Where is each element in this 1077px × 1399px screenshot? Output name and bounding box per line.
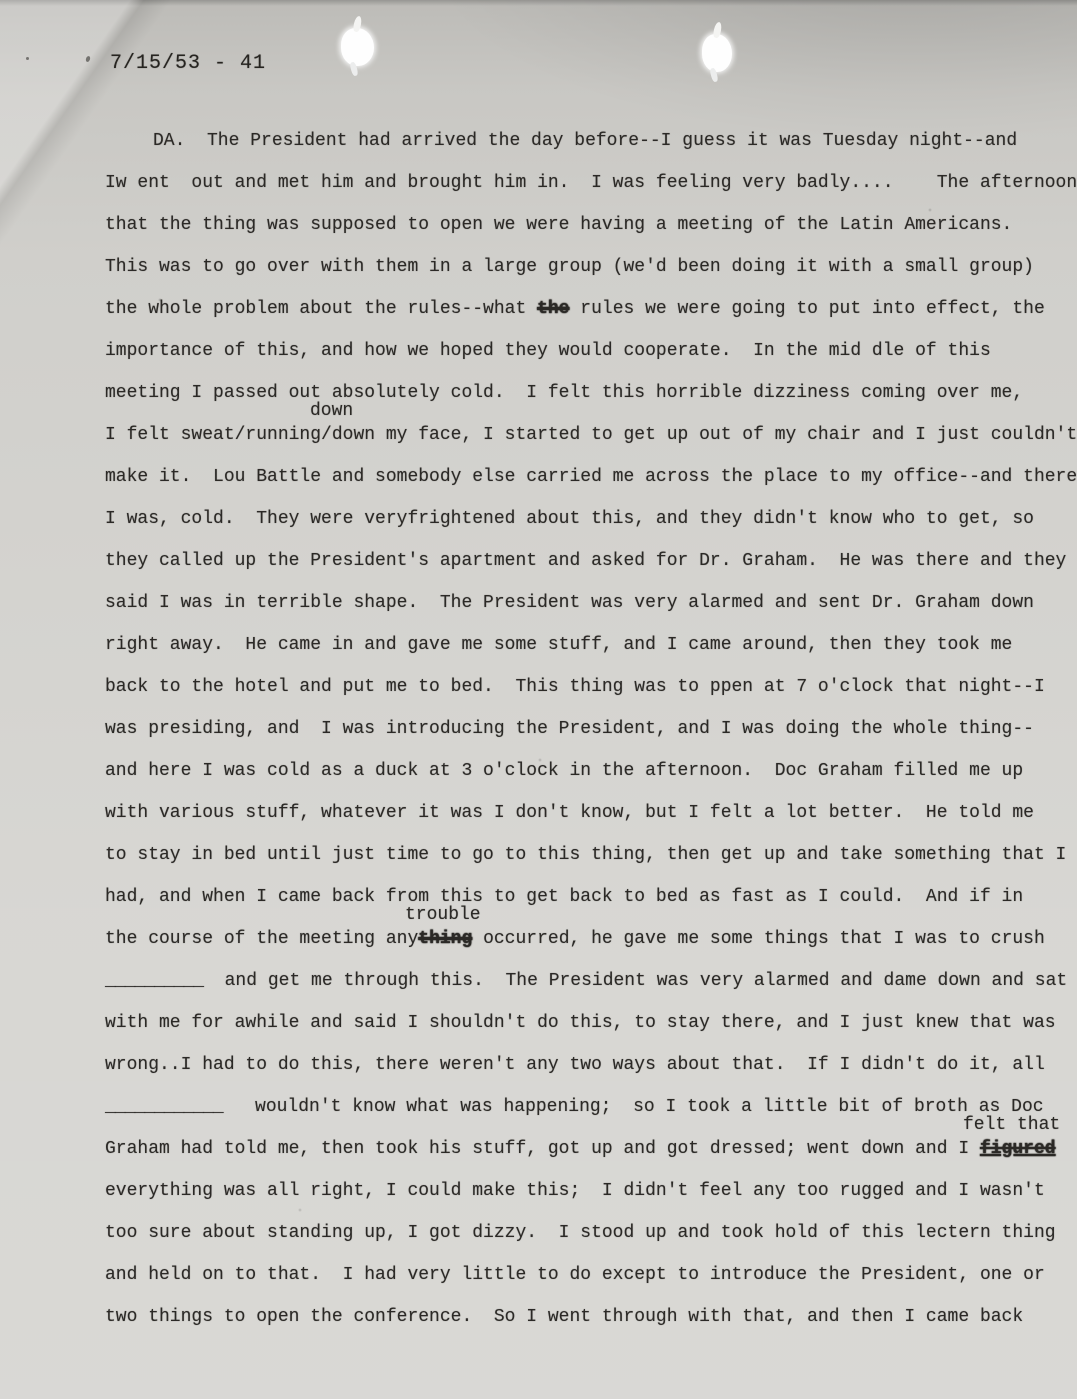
text-segment: that the thing was supposed to open we w…: [105, 215, 1012, 235]
text-line: __________ and get me through this. The …: [105, 960, 1071, 1002]
text-segment: right away. He came in and gave me some …: [105, 635, 1012, 655]
text-line: that the thing was supposed to open we w…: [105, 204, 1071, 246]
text-line: right away. He came in and gave me some …: [105, 624, 1071, 666]
punch-hole-left: [341, 28, 374, 66]
text-line: This was to go over with them in a large…: [105, 246, 1071, 288]
text-segment: importance of this, and how we hoped the…: [105, 341, 991, 361]
text-line: the course of the meeting anything occur…: [105, 918, 1071, 960]
text-line: said I was in terrible shape. The Presid…: [105, 582, 1071, 624]
text-segment: This was to go over with them in a large…: [105, 257, 1034, 277]
text-segment: was presiding, and I was introducing the…: [105, 719, 1034, 739]
text-segment: everything was all right, I could make t…: [105, 1181, 1045, 1201]
text-segment: back to the hotel and put me to bed. Thi…: [105, 677, 1045, 697]
text-line: was presiding, and I was introducing the…: [105, 708, 1071, 750]
text-segment: the course of the meeting any: [105, 929, 418, 949]
text-segment: DA. The President had arrived the day be…: [153, 131, 1017, 151]
corrected-text: figured: [980, 1139, 1056, 1159]
text-segment: I felt sweat/running/down my face, I sta…: [105, 425, 1077, 445]
text-line: importance of this, and how we hoped the…: [105, 330, 1071, 372]
text-segment: too sure about standing up, I got dizzy.…: [105, 1223, 1056, 1243]
text-line: with various stuff, whatever it was I do…: [105, 792, 1071, 834]
text-segment: two things to open the conference. So I …: [105, 1307, 1023, 1327]
paper-speck: [26, 57, 29, 60]
text-segment: wouldn't know what was happening; so I t…: [223, 1097, 1044, 1117]
text-segment: occurred, he gave me some things that I …: [472, 929, 1045, 949]
text-segment: and here I was cold as a duck at 3 o'clo…: [105, 761, 1023, 781]
text-line: ____________ wouldn't know what was happ…: [105, 1086, 1071, 1128]
text-segment: the whole problem about the rules--what: [105, 299, 537, 319]
corrected-text: __________: [105, 971, 203, 991]
text-segment: with me for awhile and said I shouldn't …: [105, 1013, 1056, 1033]
text-line: wrong..I had to do this, there weren't a…: [105, 1044, 1071, 1086]
text-line: DA. The President had arrived the day be…: [105, 120, 1071, 162]
text-line: everything was all right, I could make t…: [105, 1170, 1071, 1212]
inserted-word: down: [310, 402, 353, 420]
text-line: I felt sweat/running/down my face, I sta…: [105, 414, 1071, 456]
inserted-word: felt that: [963, 1116, 1060, 1134]
corrected-text: ____________: [105, 1097, 223, 1117]
inserted-word: trouble: [405, 906, 481, 924]
punch-hole-right: [702, 34, 732, 72]
text-segment: Graham had told me, then took his stuff,…: [105, 1139, 980, 1159]
text-line: and held on to that. I had very little t…: [105, 1254, 1071, 1296]
text-line: Graham had told me, then took his stuff,…: [105, 1128, 1071, 1170]
text-line: to stay in bed until just time to go to …: [105, 834, 1071, 876]
text-line: they called up the President's apartment…: [105, 540, 1071, 582]
text-line: had, and when I came back from this to g…: [105, 876, 1071, 918]
text-line: Iw ent out and met him and brought him i…: [105, 162, 1071, 204]
text-line: I was, cold. They were veryfrightened ab…: [105, 498, 1071, 540]
text-segment: to stay in bed until just time to go to …: [105, 845, 1066, 865]
text-line: and here I was cold as a duck at 3 o'clo…: [105, 750, 1071, 792]
corrected-text: thing: [418, 929, 472, 949]
text-line: back to the hotel and put me to bed. Thi…: [105, 666, 1071, 708]
text-line: make it. Lou Battle and somebody else ca…: [105, 456, 1071, 498]
text-segment: Iw ent out and met him and brought him i…: [105, 173, 1077, 193]
text-segment: said I was in terrible shape. The Presid…: [105, 593, 1034, 613]
text-line: with me for awhile and said I shouldn't …: [105, 1002, 1071, 1044]
text-line: meeting I passed out absolutely cold. I …: [105, 372, 1071, 414]
text-segment: rules we were going to put into effect, …: [569, 299, 1044, 319]
corrected-text: the: [537, 299, 569, 319]
text-segment: meeting I passed out absolutely cold. I …: [105, 383, 1023, 403]
text-segment: with various stuff, whatever it was I do…: [105, 803, 1034, 823]
text-segment: and get me through this. The President w…: [203, 971, 1067, 991]
text-segment: make it. Lou Battle and somebody else ca…: [105, 467, 1077, 487]
text-segment: and held on to that. I had very little t…: [105, 1265, 1045, 1285]
text-line: too sure about standing up, I got dizzy.…: [105, 1212, 1071, 1254]
text-segment: had, and when I came back from this to g…: [105, 887, 1023, 907]
text-line: two things to open the conference. So I …: [105, 1296, 1071, 1338]
text-segment: I was, cold. They were veryfrightened ab…: [105, 509, 1034, 529]
text-line: the whole problem about the rules--what …: [105, 288, 1071, 330]
document-body: DA. The President had arrived the day be…: [105, 120, 1071, 1338]
page-date-header: 7/15/53 - 41: [110, 52, 266, 75]
text-segment: wrong..I had to do this, there weren't a…: [105, 1055, 1045, 1075]
text-segment: they called up the President's apartment…: [105, 551, 1066, 571]
